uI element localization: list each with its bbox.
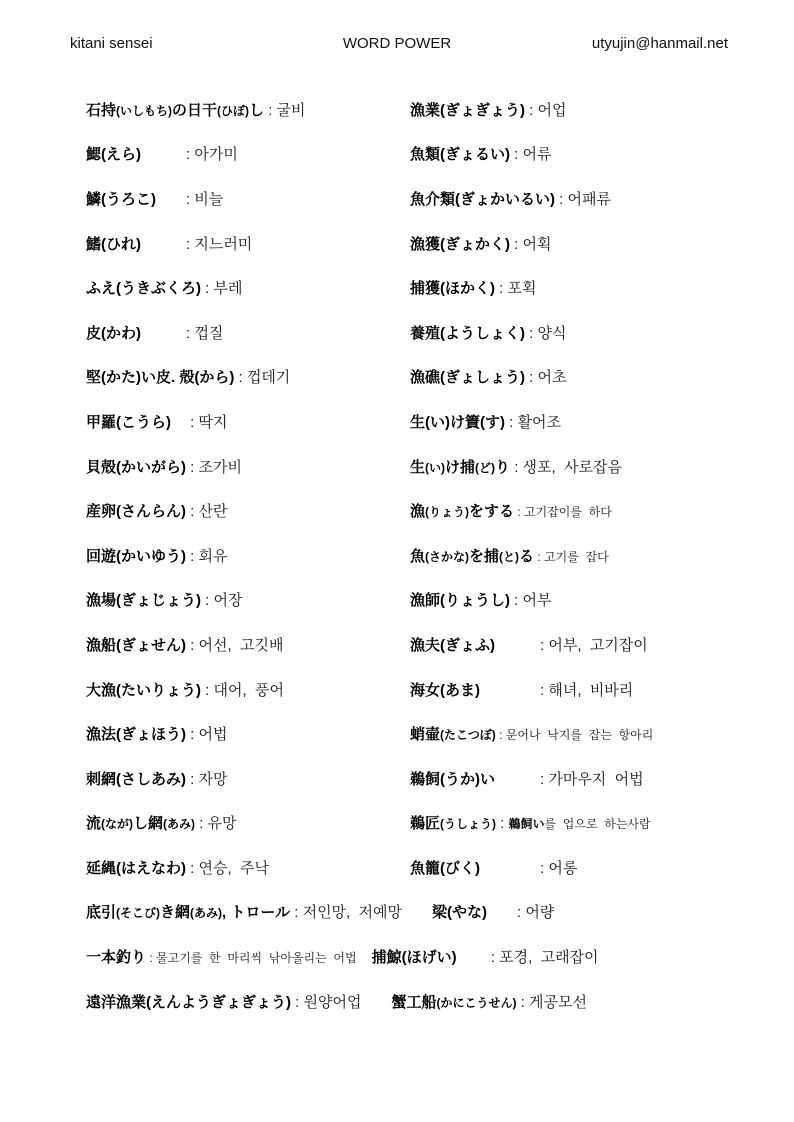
furigana: (なが) — [101, 817, 133, 831]
japanese-term: 蛸壷 — [410, 726, 440, 743]
korean-meaning: : 굴비 — [264, 102, 305, 119]
vocab-entry-right: 鵜飼(うか)い : 가마우지 어법 — [410, 772, 794, 787]
korean-meaning: : 포경, 고래잡이 — [457, 949, 599, 966]
japanese-term: 鵜飼(うか)い — [410, 771, 495, 788]
vocab-entry-right: 鵜匠(うしょう) : 鵜飼い를 업으로 하는사람 — [410, 816, 794, 831]
korean-meaning — [361, 994, 391, 1011]
japanese-term: 漁礁(ぎょしょう) — [410, 369, 525, 386]
vocab-row: 皮(かわ) : 껍질養殖(ようしょく) : 양식 — [86, 311, 794, 356]
japanese-term: 魚籠(びく) — [410, 860, 480, 877]
korean-meaning: : — [496, 815, 509, 832]
japanese-term: 生(い)け簀(す) — [410, 414, 505, 431]
vocab-entry-full: 一本釣り : 물고기를 한 마리씩 낚아올리는 어법 捕鯨(ほげい) : 포경,… — [86, 950, 794, 965]
vocab-row: 遠洋漁業(えんようぎょぎょう) : 원양어업 蟹工船(かにこうせん) : 게공모… — [86, 980, 794, 1025]
vocab-entry-right: 漁獲(ぎょかく) : 어획 — [410, 237, 794, 252]
furigana: (あみ) — [190, 906, 222, 920]
japanese-term: 底引 — [86, 904, 116, 921]
vocab-row: 回遊(かいゆう) : 회유魚(さかな)を捕(と)る : 고기를 잡다 — [86, 534, 794, 579]
vocab-entry-left: 鰭(ひれ) : 지느러미 — [86, 237, 410, 252]
japanese-term: し — [249, 102, 264, 119]
korean-meaning: : 해녀, 비바리 — [480, 682, 633, 699]
japanese-term: る — [519, 548, 534, 565]
vocab-entry-full: 遠洋漁業(えんようぎょぎょう) : 원양어업 蟹工船(かにこうせん) : 게공모… — [86, 995, 794, 1010]
korean-meaning: : 비늘 — [156, 191, 223, 208]
japanese-term: , トロール — [222, 904, 290, 921]
page-header: kitani sensei WORD POWER utyujin@hanmail… — [0, 35, 794, 55]
furigana: (あみ) — [163, 817, 195, 831]
header-email: utyujin@hanmail.net — [592, 35, 728, 52]
vocab-entry-right: 漁礁(ぎょしょう) : 어초 — [410, 370, 794, 385]
vocab-entry-right: 魚(さかな)を捕(と)る : 고기를 잡다 — [410, 549, 794, 564]
japanese-term: 貝殻(かいがら) — [86, 459, 186, 476]
korean-meaning: : 껍질 — [141, 325, 223, 342]
japanese-term: 延縄(はえなわ) — [86, 860, 186, 877]
korean-meaning: : 딱지 — [171, 414, 227, 431]
korean-meaning: : 아가미 — [141, 146, 238, 163]
vocab-row: 大漁(たいりょう) : 대어, 풍어海女(あま) : 해녀, 비바리 — [86, 668, 794, 713]
korean-meaning: : 어부, 고기잡이 — [495, 637, 648, 654]
vocab-entry-right: 漁夫(ぎょふ) : 어부, 고기잡이 — [410, 638, 794, 653]
korean-meaning: : 껍데기 — [234, 369, 290, 386]
japanese-term: 梁(やな) — [432, 904, 487, 921]
document-page: kitani sensei WORD POWER utyujin@hanmail… — [0, 0, 794, 1122]
korean-meaning: : 게공모선 — [517, 994, 587, 1011]
vocab-entry-right: 魚介類(ぎょかいるい) : 어패류 — [410, 192, 794, 207]
korean-meaning-small: : 고기잡이를 하다 — [514, 505, 612, 519]
vocab-entry-right: 魚籠(びく) : 어롱 — [410, 861, 794, 876]
japanese-term: 鱗(うろこ) — [86, 191, 156, 208]
japanese-term: 捕獲(ほかく) — [410, 280, 495, 297]
vocab-entry-left: 皮(かわ) : 껍질 — [86, 326, 410, 341]
header-author: kitani sensei — [70, 35, 153, 52]
vocab-entry-right: 生(い)け簀(す) : 활어조 — [410, 415, 794, 430]
korean-meaning: : 가마우지 어법 — [495, 771, 644, 788]
japanese-term: 魚類(ぎょるい) — [410, 146, 510, 163]
furigana: (そこび) — [116, 906, 160, 920]
vocab-entry-left: 産卵(さんらん) : 산란 — [86, 504, 410, 519]
japanese-term: 遠洋漁業(えんようぎょぎょう) — [86, 994, 291, 1011]
vocab-row: 貝殻(かいがら) : 조가비生(い)け捕(ど)り : 생포, 사로잡음 — [86, 445, 794, 490]
japanese-term: 刺網(さしあみ) — [86, 771, 186, 788]
japanese-term: ふえ(うきぶくろ) — [86, 280, 201, 297]
vocab-entry-left: 鱗(うろこ) : 비늘 — [86, 192, 410, 207]
korean-meaning: : 활어조 — [505, 414, 561, 431]
vocab-entry-right: 漁業(ぎょぎょう) : 어업 — [410, 103, 794, 118]
vocab-row: 産卵(さんらん) : 산란漁(りょう)をする : 고기잡이를 하다 — [86, 489, 794, 534]
korean-meaning: : 어부 — [510, 592, 551, 609]
japanese-term: 漁獲(ぎょかく) — [410, 236, 510, 253]
korean-meaning: : 어장 — [201, 592, 242, 609]
korean-meaning: : 유망 — [195, 815, 236, 832]
japanese-term: 皮(かわ) — [86, 325, 141, 342]
korean-meaning: : 저인망, 저예망 — [290, 904, 402, 921]
korean-meaning-small: : 문어나 낙지를 잡는 항아리 — [496, 728, 654, 742]
furigana: (かにこうせん) — [437, 996, 517, 1010]
japanese-term: を捕 — [469, 548, 499, 565]
vocab-row: 漁船(ぎょせん) : 어선, 고깃배漁夫(ぎょふ) : 어부, 고기잡이 — [86, 623, 794, 668]
vocab-row: 流(なが)し網(あみ) : 유망鵜匠(うしょう) : 鵜飼い를 업으로 하는사람 — [86, 802, 794, 847]
japanese-term: 漁夫(ぎょふ) — [410, 637, 495, 654]
vocab-list: 石持(いしもち)の日干(ひぼ)し : 굴비漁業(ぎょぎょう) : 어업鰓(えら)… — [86, 88, 794, 1024]
vocab-row: 鰭(ひれ) : 지느러미漁獲(ぎょかく) : 어획 — [86, 222, 794, 267]
korean-meaning: : 양식 — [525, 325, 566, 342]
vocab-entry-left: 刺網(さしあみ) : 자망 — [86, 772, 410, 787]
vocab-entry-left: 堅(かた)い皮. 殻(から) : 껍데기 — [86, 370, 410, 385]
vocab-entry-right: 海女(あま) : 해녀, 비바리 — [410, 683, 794, 698]
korean-meaning: : 어패류 — [555, 191, 611, 208]
vocab-entry-left: 流(なが)し網(あみ) : 유망 — [86, 816, 410, 831]
vocab-row: ふえ(うきぶくろ) : 부레捕獲(ほかく) : 포획 — [86, 266, 794, 311]
vocab-entry-left: 漁場(ぎょじょう) : 어장 — [86, 593, 410, 608]
furigana: 鵜飼い — [509, 817, 545, 831]
vocab-entry-right: 蛸壷(たこつぼ) : 문어나 낙지를 잡는 항아리 — [410, 727, 794, 742]
vocab-row: 一本釣り : 물고기를 한 마리씩 낚아올리는 어법 捕鯨(ほげい) : 포경,… — [86, 935, 794, 980]
japanese-term: 一本釣り — [86, 949, 146, 966]
korean-meaning: : 어량 — [487, 904, 554, 921]
japanese-term: 海女(あま) — [410, 682, 480, 699]
vocab-entry-left: 甲羅(こうら) : 딱지 — [86, 415, 410, 430]
japanese-term: をする — [469, 503, 514, 520]
japanese-term: 捕鯨(ほげい) — [372, 949, 457, 966]
japanese-term: 養殖(ようしょく) — [410, 325, 525, 342]
korean-meaning — [357, 949, 372, 966]
korean-meaning: : 연승, 주낙 — [186, 860, 269, 877]
korean-meaning: : 회유 — [186, 548, 227, 565]
korean-meaning: : 자망 — [186, 771, 227, 788]
vocab-entry-left: 漁法(ぎょほう) : 어법 — [86, 727, 410, 742]
japanese-term: け捕 — [445, 459, 475, 476]
japanese-term: 蟹工船 — [391, 994, 436, 1011]
vocab-entry-left: 大漁(たいりょう) : 대어, 풍어 — [86, 683, 410, 698]
vocab-row: 漁法(ぎょほう) : 어법蛸壷(たこつぼ) : 문어나 낙지를 잡는 항아리 — [86, 712, 794, 757]
japanese-term: 鰭(ひれ) — [86, 236, 141, 253]
korean-meaning: : 조가비 — [186, 459, 242, 476]
japanese-term: 回遊(かいゆう) — [86, 548, 186, 565]
korean-meaning: : 어류 — [510, 146, 551, 163]
vocab-entry-left: 鰓(えら) : 아가미 — [86, 147, 410, 162]
japanese-term: 生 — [410, 459, 425, 476]
vocab-entry-full: 底引(そこび)き網(あみ), トロール : 저인망, 저예망 梁(やな) : 어… — [86, 905, 794, 920]
vocab-row: 鱗(うろこ) : 비늘魚介類(ぎょかいるい) : 어패류 — [86, 177, 794, 222]
vocab-entry-left: 延縄(はえなわ) : 연승, 주낙 — [86, 861, 410, 876]
korean-meaning: : 부레 — [201, 280, 242, 297]
japanese-term: 漁船(ぎょせん) — [86, 637, 186, 654]
vocab-row: 甲羅(こうら) : 딱지生(い)け簀(す) : 활어조 — [86, 400, 794, 445]
vocab-row: 刺網(さしあみ) : 자망鵜飼(うか)い : 가마우지 어법 — [86, 757, 794, 802]
furigana: (りょう) — [425, 505, 469, 519]
korean-meaning: : 어초 — [525, 369, 566, 386]
furigana: (ど) — [475, 461, 495, 475]
japanese-term: 甲羅(こうら) — [86, 414, 171, 431]
japanese-term: 漁場(ぎょじょう) — [86, 592, 201, 609]
korean-meaning: : 산란 — [186, 503, 227, 520]
japanese-term: 漁 — [410, 503, 425, 520]
vocab-row: 鰓(えら) : 아가미魚類(ぎょるい) : 어류 — [86, 133, 794, 178]
korean-meaning: : 어획 — [510, 236, 551, 253]
vocab-entry-left: 貝殻(かいがら) : 조가비 — [86, 460, 410, 475]
korean-meaning: : 생포, 사로잡음 — [510, 459, 622, 476]
vocab-entry-right: 魚類(ぎょるい) : 어류 — [410, 147, 794, 162]
japanese-term: き網 — [160, 904, 190, 921]
japanese-term: の日干 — [172, 102, 217, 119]
korean-meaning: : 어롱 — [480, 860, 577, 877]
korean-meaning — [402, 904, 432, 921]
vocab-entry-right: 漁師(りょうし) : 어부 — [410, 593, 794, 608]
vocab-entry-left: 回遊(かいゆう) : 회유 — [86, 549, 410, 564]
japanese-term: 魚介類(ぎょかいるい) — [410, 191, 555, 208]
japanese-term: し網 — [133, 815, 163, 832]
vocab-row: 堅(かた)い皮. 殻(から) : 껍데기漁礁(ぎょしょう) : 어초 — [86, 356, 794, 401]
vocab-entry-right: 捕獲(ほかく) : 포획 — [410, 281, 794, 296]
furigana: (うしょう) — [440, 817, 496, 831]
korean-meaning-small: : 물고기를 한 마리씩 낚아올리는 어법 — [146, 951, 357, 965]
vocab-entry-right: 漁(りょう)をする : 고기잡이를 하다 — [410, 504, 794, 519]
japanese-term: り — [495, 459, 510, 476]
furigana: (と) — [499, 550, 519, 564]
japanese-term: 産卵(さんらん) — [86, 503, 186, 520]
vocab-row: 漁場(ぎょじょう) : 어장漁師(りょうし) : 어부 — [86, 579, 794, 624]
vocab-entry-left: 漁船(ぎょせん) : 어선, 고깃배 — [86, 638, 410, 653]
korean-meaning-small: : 고기를 잡다 — [534, 550, 609, 564]
vocab-row: 延縄(はえなわ) : 연승, 주낙魚籠(びく) : 어롱 — [86, 846, 794, 891]
page-title: WORD POWER — [343, 35, 451, 52]
vocab-entry-right: 生(い)け捕(ど)り : 생포, 사로잡음 — [410, 460, 794, 475]
japanese-term: 鰓(えら) — [86, 146, 141, 163]
japanese-term: 大漁(たいりょう) — [86, 682, 201, 699]
korean-meaning: : 포획 — [495, 280, 536, 297]
japanese-term: 漁業(ぎょぎょう) — [410, 102, 525, 119]
korean-meaning: : 어선, 고깃배 — [186, 637, 283, 654]
japanese-term: 堅(かた)い皮. 殻(から) — [86, 369, 234, 386]
japanese-term: 流 — [86, 815, 101, 832]
korean-meaning: : 어법 — [186, 726, 227, 743]
furigana: (さかな) — [425, 550, 469, 564]
furigana: (いしもち) — [116, 104, 172, 118]
furigana: (たこつぼ) — [440, 728, 496, 742]
korean-meaning-small: 를 업으로 하는사람 — [545, 817, 651, 831]
furigana: (ひぼ) — [217, 104, 249, 118]
korean-meaning: : 원양어업 — [291, 994, 361, 1011]
vocab-row: 石持(いしもち)の日干(ひぼ)し : 굴비漁業(ぎょぎょう) : 어업 — [86, 88, 794, 133]
japanese-term: 漁師(りょうし) — [410, 592, 510, 609]
korean-meaning: : 지느러미 — [141, 236, 252, 253]
vocab-row: 底引(そこび)き網(あみ), トロール : 저인망, 저예망 梁(やな) : 어… — [86, 891, 794, 936]
vocab-entry-right: 養殖(ようしょく) : 양식 — [410, 326, 794, 341]
japanese-term: 石持 — [86, 102, 116, 119]
japanese-term: 鵜匠 — [410, 815, 440, 832]
japanese-term: 魚 — [410, 548, 425, 565]
furigana: (い) — [425, 461, 445, 475]
japanese-term: 漁法(ぎょほう) — [86, 726, 186, 743]
vocab-entry-left: 石持(いしもち)の日干(ひぼ)し : 굴비 — [86, 103, 410, 118]
korean-meaning: : 대어, 풍어 — [201, 682, 284, 699]
vocab-entry-left: ふえ(うきぶくろ) : 부레 — [86, 281, 410, 296]
korean-meaning: : 어업 — [525, 102, 566, 119]
